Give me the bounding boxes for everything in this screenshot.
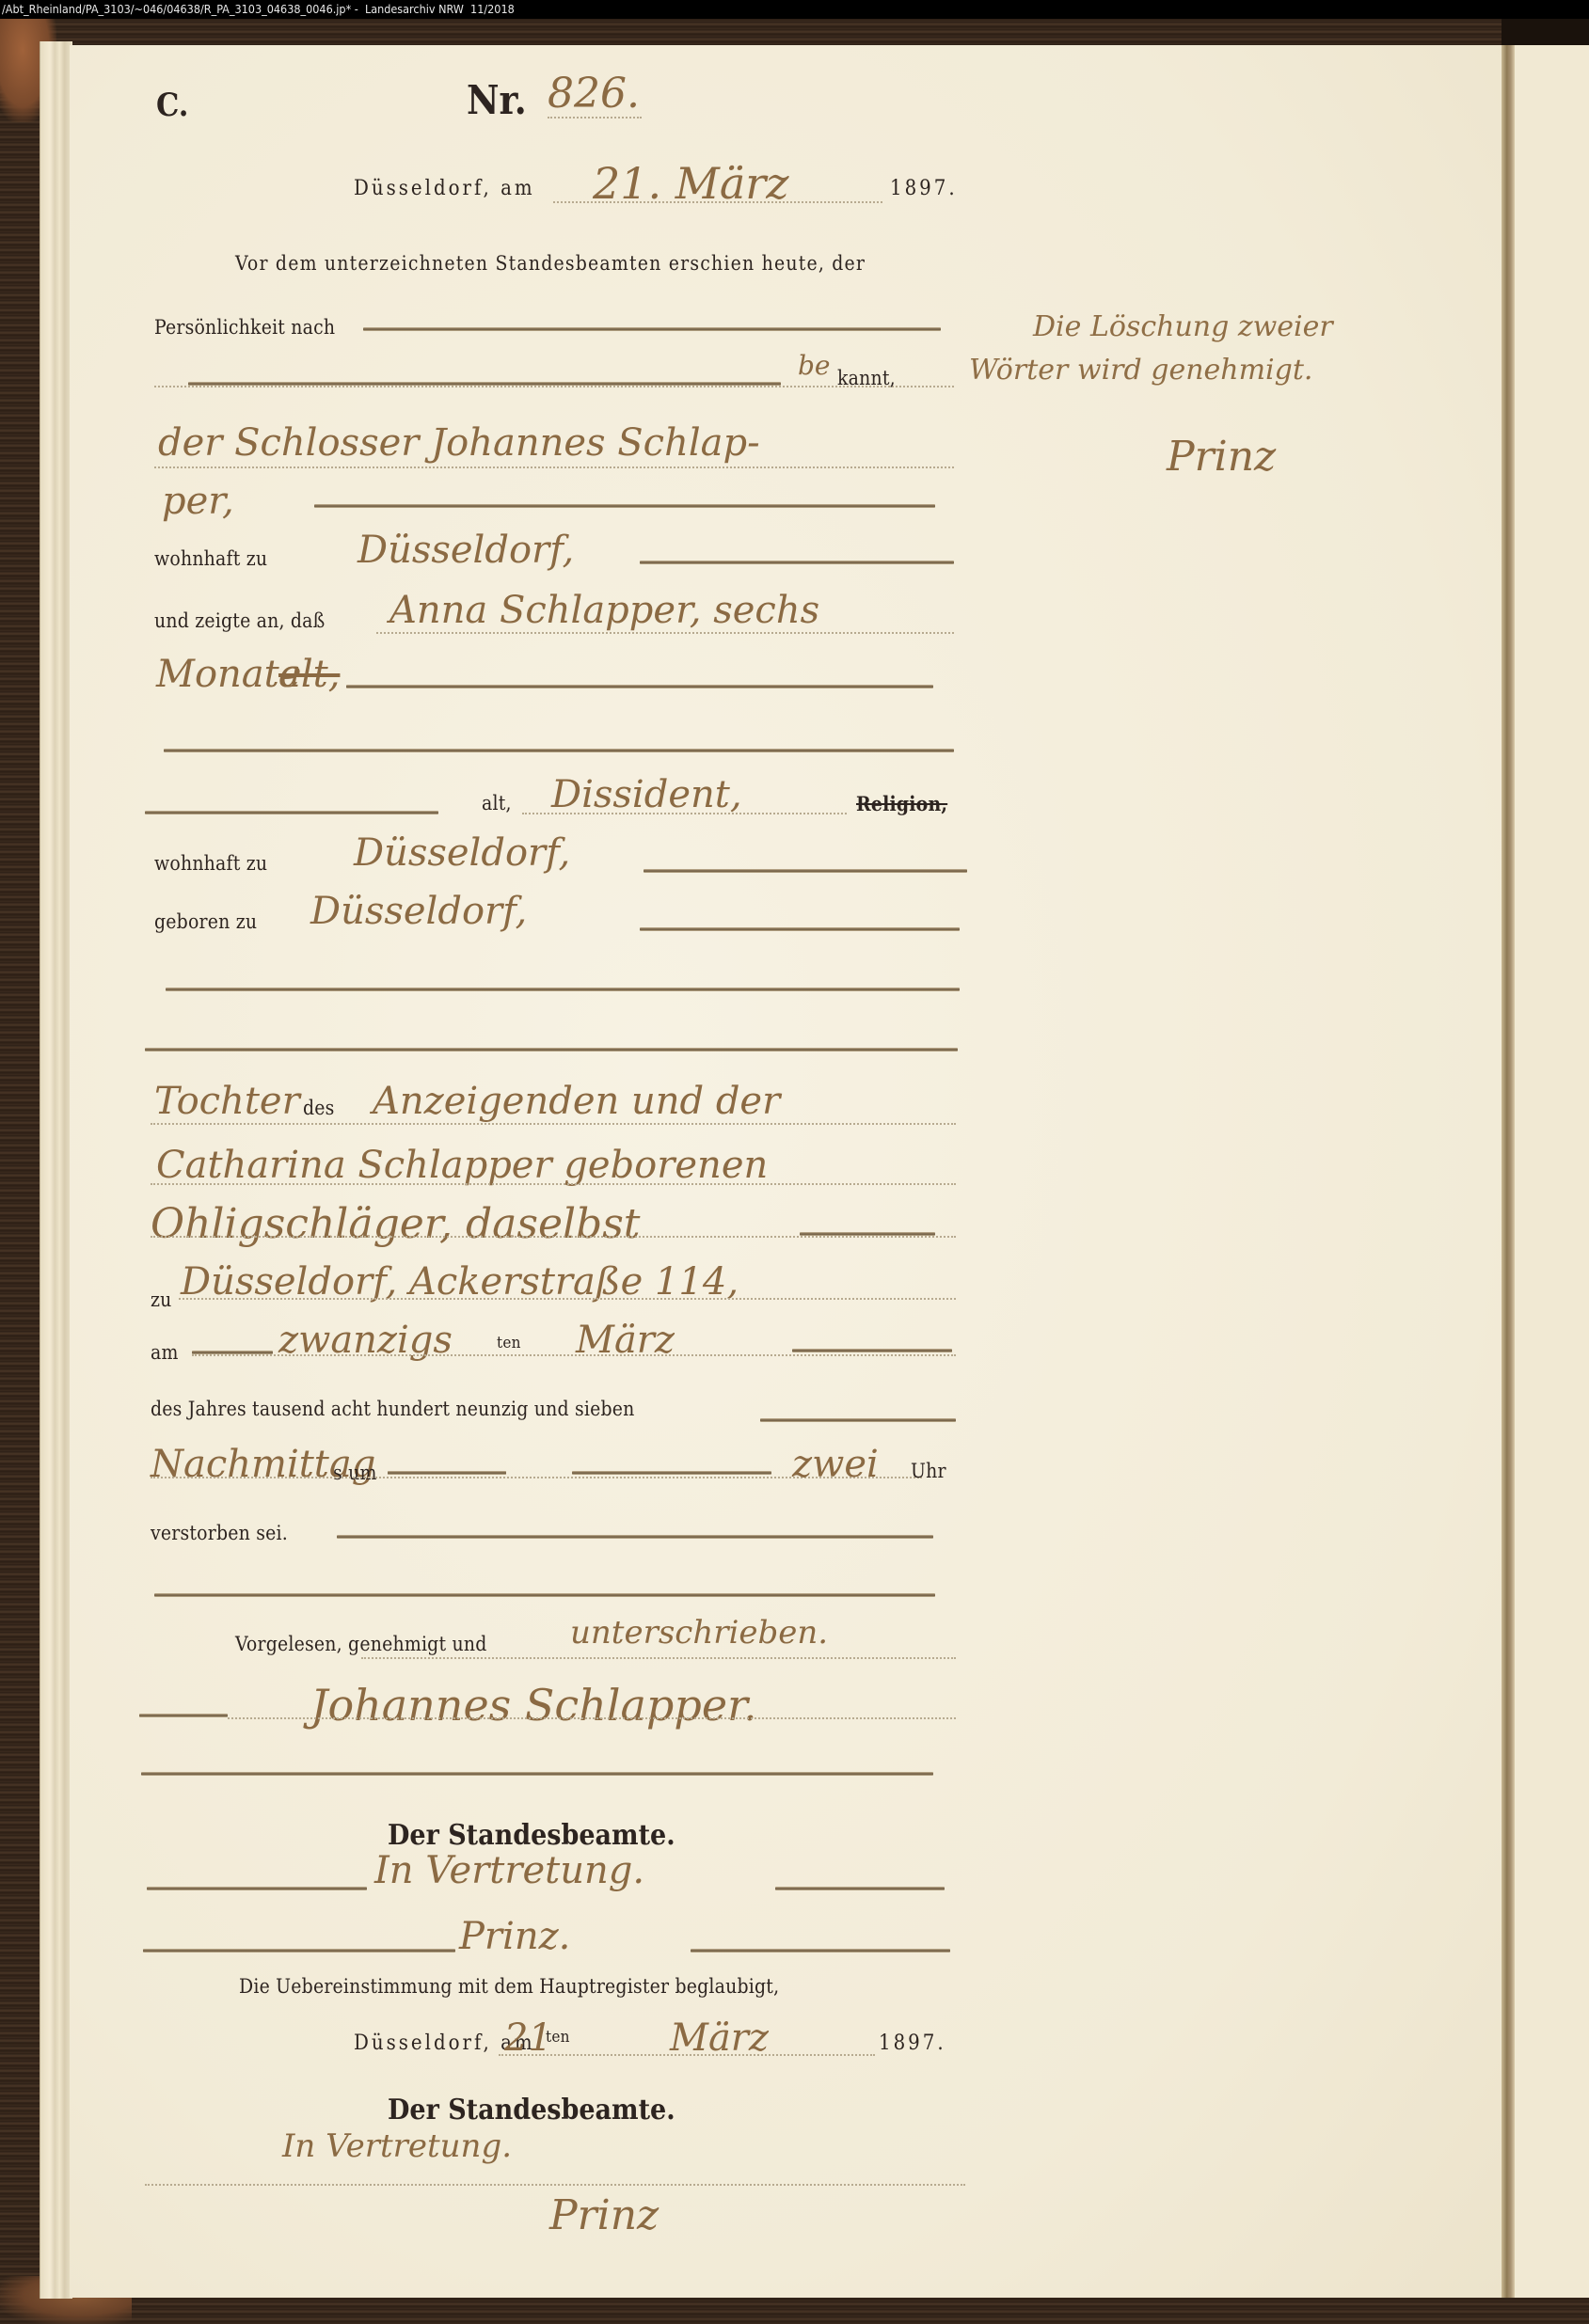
date-city-label: Düsseldorf, am: [354, 177, 535, 200]
declarant-line2: per,: [162, 480, 234, 523]
fill-line: [154, 386, 954, 387]
viewer-title-bar: /Abt_Rheinland/PA_3103/~046/04638/R_PA_3…: [0, 0, 1589, 19]
certification-registrar-title: Der Standesbeamte.: [388, 2094, 675, 2126]
certification-signature: Prinz: [549, 2191, 659, 2239]
age-struck-word: alt,: [278, 653, 340, 696]
section-letter: C.: [156, 87, 188, 124]
form-rule: [145, 1048, 958, 1051]
residence-label: wohnhaft zu: [154, 547, 267, 570]
fill-line: [548, 117, 642, 119]
margin-note-line1: Die Löschung zweier: [1033, 310, 1333, 343]
book-shadow: [1502, 19, 1589, 47]
fill-line: [499, 2054, 875, 2056]
form-rule: [363, 327, 941, 331]
record-number-label: Nr.: [467, 77, 527, 123]
religion-value: Dissident,: [551, 773, 742, 816]
form-rule: [143, 1949, 455, 1952]
form-rule: [644, 869, 967, 873]
mother-maiden-name: Ohligschläger, daselbst: [151, 1200, 640, 1248]
registrar-deputy: In Vertretung.: [374, 1849, 644, 1892]
form-rule: [346, 685, 933, 688]
place-label: zu: [151, 1288, 172, 1311]
form-rule: [640, 561, 954, 564]
form-rule: [154, 1593, 935, 1597]
death-year-text: des Jahres tausend acht hundert neunzig …: [151, 1398, 635, 1420]
birthplace-label: geboren zu: [154, 910, 257, 933]
form-rule: [572, 1471, 771, 1475]
fill-line: [376, 632, 954, 634]
fill-line: [154, 466, 954, 468]
fill-line: [151, 1236, 956, 1238]
intro-line: Vor dem unterzeichneten Standesbeamten e…: [235, 252, 866, 275]
relation-rest: Anzeigenden und der: [373, 1080, 780, 1123]
mother-name: Catharina Schlapper geborenen: [156, 1144, 768, 1187]
deceased-name: Anna Schlapper, sechs: [389, 589, 819, 632]
form-rule: [388, 1471, 506, 1475]
death-date-label: am: [151, 1341, 179, 1364]
form-rule: [640, 927, 960, 931]
declarant-residence: Düsseldorf,: [358, 529, 574, 572]
margin-note-signature: Prinz: [1167, 433, 1276, 481]
age-unit-label: alt,: [482, 792, 512, 814]
relation-word: Tochter: [154, 1080, 300, 1123]
known-suffix: kannt,: [837, 367, 896, 389]
signed-word: unterschrieben.: [570, 1614, 828, 1652]
ordinal-suffix: ten: [546, 2028, 570, 2047]
form-rule: [792, 1349, 952, 1352]
announce-label: und zeigte an, daß: [154, 609, 325, 632]
fill-line: [522, 813, 847, 814]
facing-page: [1515, 45, 1589, 2298]
certification-year: 1897.: [879, 2032, 946, 2055]
form-rule: [164, 749, 954, 752]
deceased-birthplace: Düsseldorf,: [310, 890, 527, 933]
form-rule: [141, 1772, 933, 1776]
record-number-value: 826.: [548, 70, 640, 118]
form-rule: [188, 382, 781, 386]
certification-text: Die Uebereinstimmung mit dem Hauptregist…: [239, 1975, 779, 1998]
form-rule: [147, 1887, 367, 1890]
form-rule: [775, 1887, 945, 1890]
hour-unit: Uhr: [911, 1460, 946, 1482]
died-label: verstorben sei.: [151, 1522, 288, 1544]
fill-line: [179, 1298, 956, 1300]
margin-note-line2: Wörter wird genehmigt.: [969, 354, 1312, 387]
fill-line: [361, 1657, 956, 1659]
relation-article: des: [303, 1097, 335, 1119]
registrar-signature: Prinz.: [459, 1915, 570, 1958]
fill-line: [228, 1717, 956, 1719]
known-prefix-hand: be: [798, 350, 831, 381]
deceased-residence: Düsseldorf,: [354, 831, 570, 875]
declarant-signature: Johannes Schlapper.: [310, 1680, 757, 1731]
form-rule: [337, 1535, 933, 1539]
form-rule: [760, 1418, 956, 1422]
fill-line: [151, 1123, 956, 1125]
fill-line: [553, 201, 882, 203]
book-gutter: [1502, 45, 1515, 2298]
read-approved-label: Vorgelesen, genehmigt und: [235, 1633, 487, 1655]
religion-label-struck: Religion,: [856, 792, 947, 815]
fill-line: [145, 2184, 965, 2186]
form-rule: [145, 811, 438, 814]
deceased-residence-label: wohnhaft zu: [154, 852, 267, 875]
form-rule: [800, 1232, 935, 1236]
certification-deputy: In Vertretung.: [282, 2127, 512, 2165]
hour-value: zwei: [792, 1443, 879, 1486]
form-rule: [139, 1714, 228, 1717]
time-suffix: s um: [333, 1462, 377, 1484]
form-rule: [314, 504, 935, 508]
registrar-title: Der Standesbeamte.: [388, 1819, 675, 1852]
fill-line: [151, 1183, 956, 1185]
fill-line: [192, 1354, 956, 1356]
form-rule: [166, 988, 960, 991]
ordinal-suffix: ten: [497, 1334, 521, 1352]
page-edges: [40, 41, 72, 2299]
identity-label: Persönlichkeit nach: [154, 316, 335, 339]
declarant-line1: der Schlosser Johannes Schlap-: [158, 421, 760, 465]
date-year: 1897.: [890, 177, 958, 200]
form-rule: [691, 1949, 950, 1952]
